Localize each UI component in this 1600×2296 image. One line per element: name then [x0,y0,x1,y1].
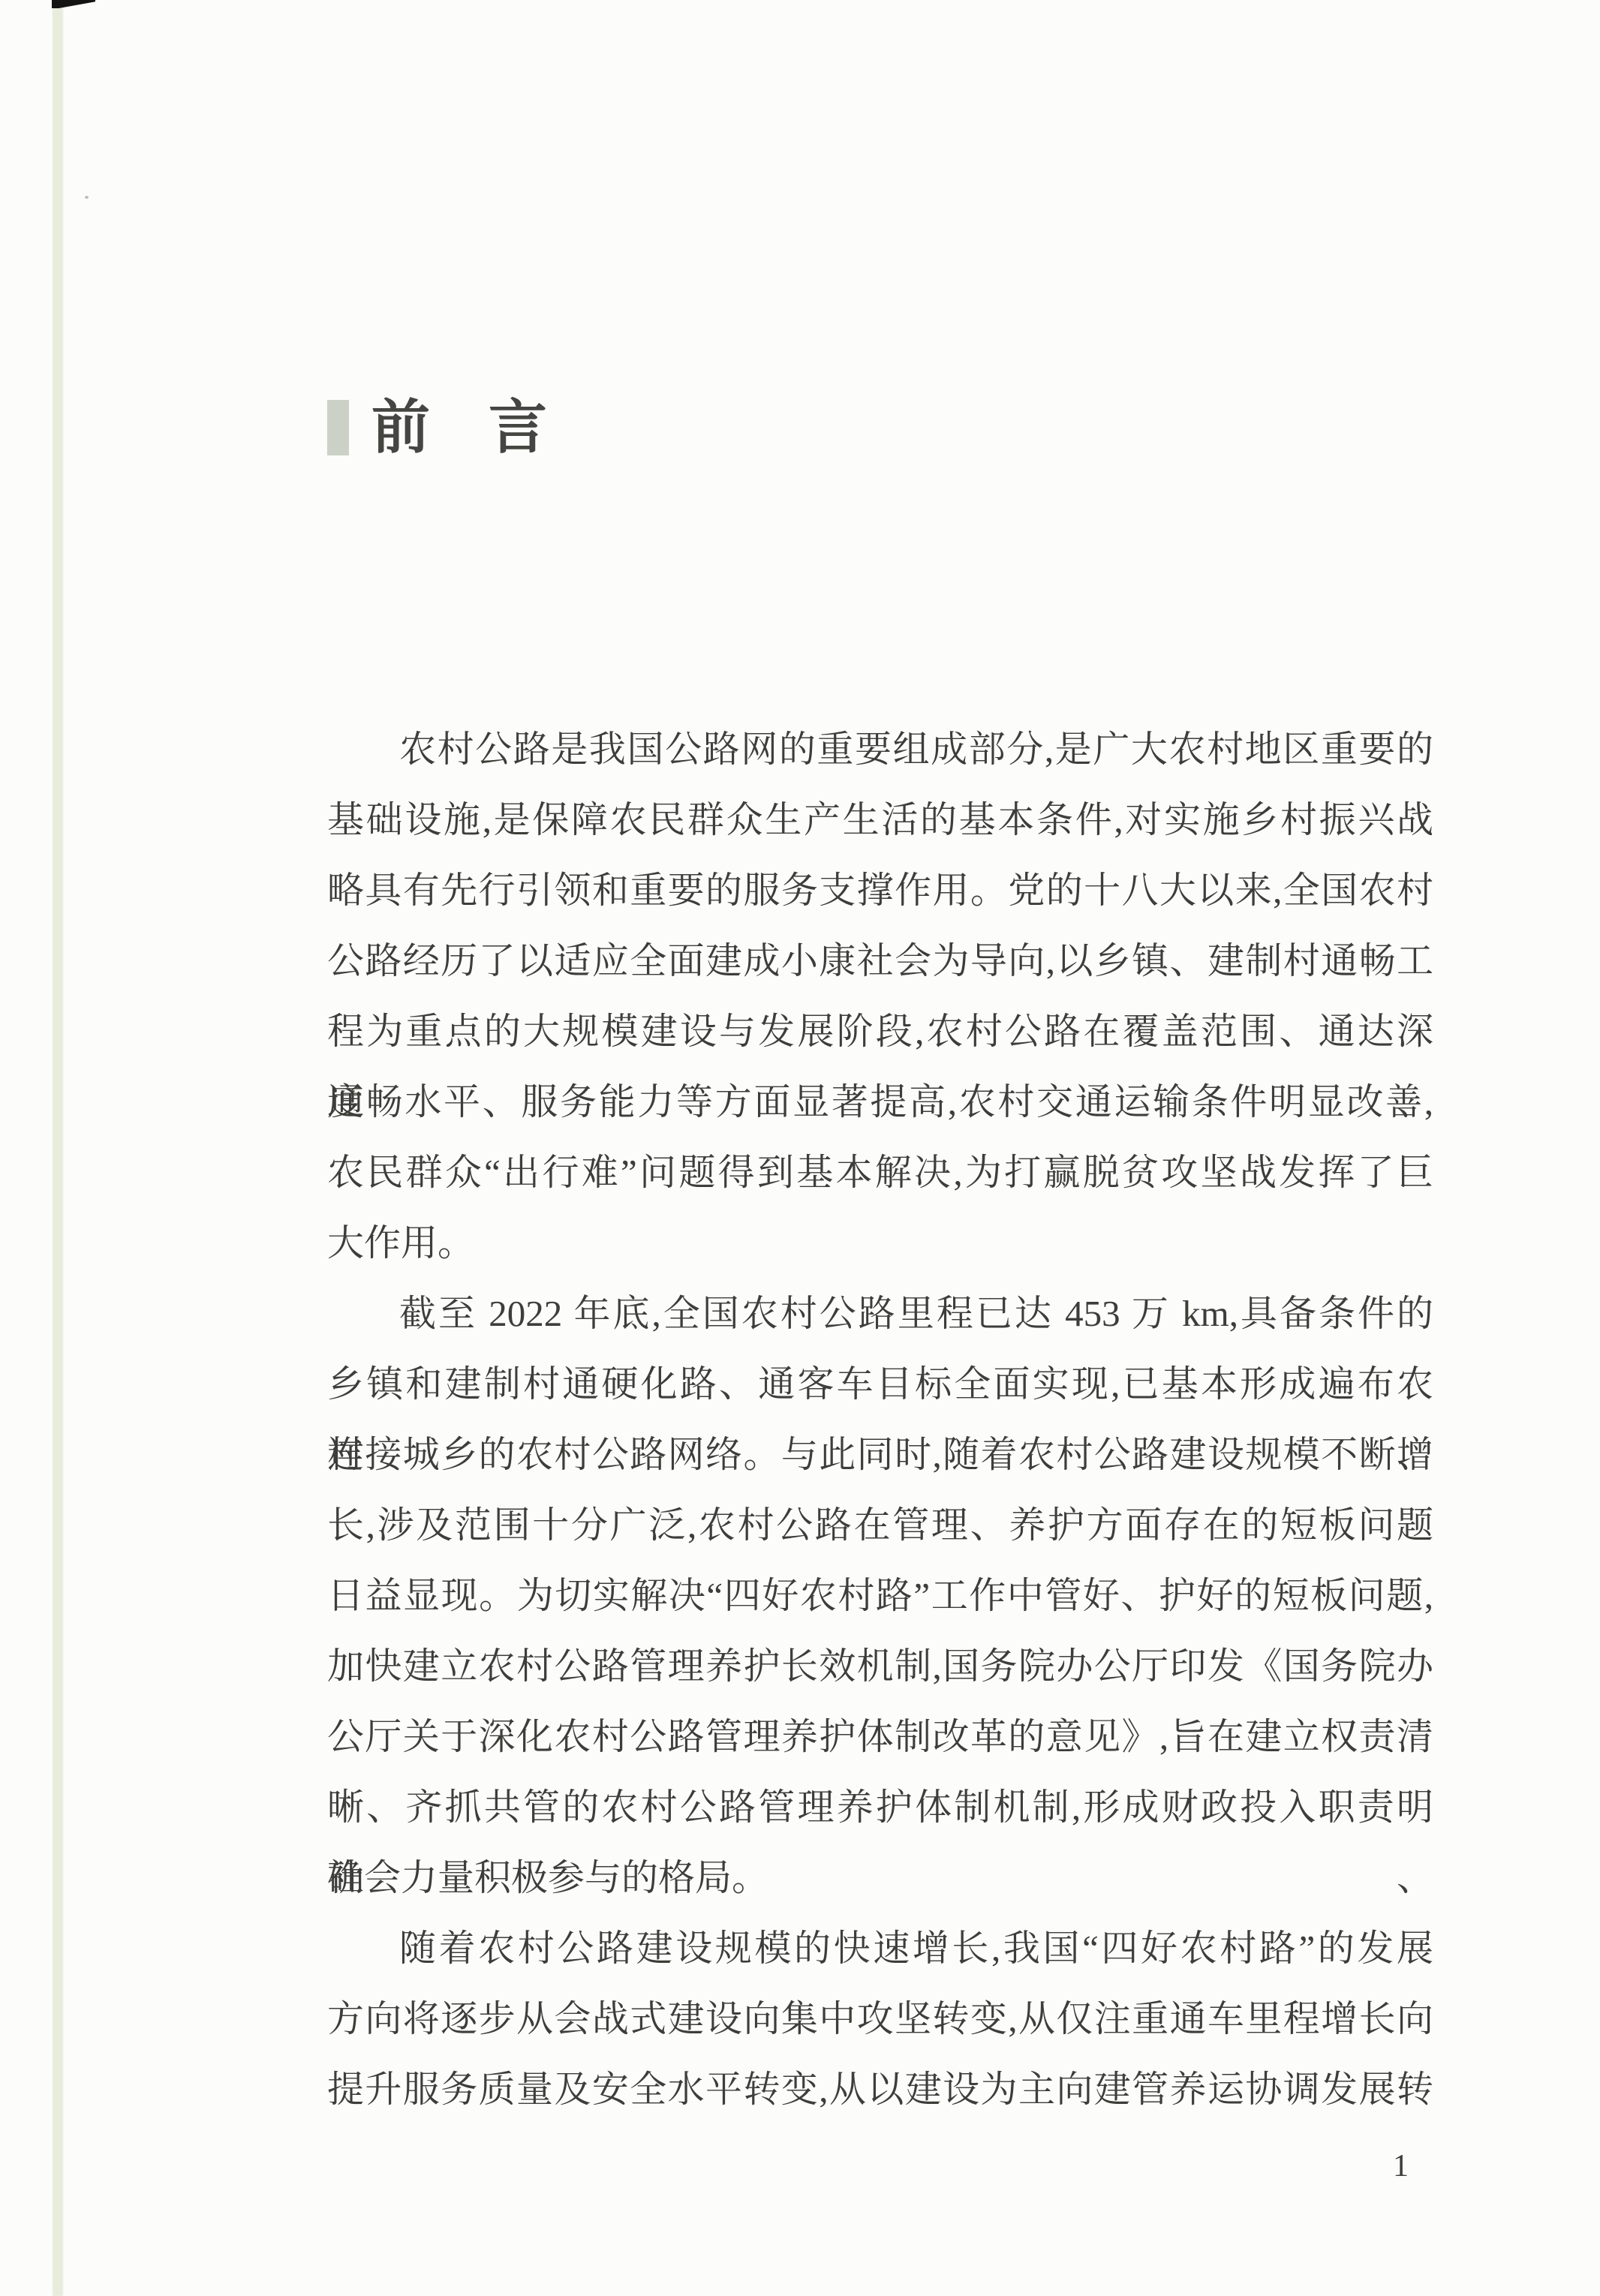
text-line: 通畅水平、服务能力等方面显著提高,农村交通运输条件明显改善, [327,1067,1433,1137]
text-line: 乡镇和建制村通硬化路、通客车目标全面实现,已基本形成遍布农村、 [327,1349,1433,1420]
scanned-page: 前 言 农村公路是我国公路网的重要组成部分,是广大农村地区重要的基础设施,是保障… [0,0,1600,2296]
title-accent-bar [327,400,349,455]
text-line: 农民群众“出行难”问题得到基本解决,为打赢脱贫攻坚战发挥了巨 [327,1137,1433,1208]
text-line: 程为重点的大规模建设与发展阶段,农村公路在覆盖范围、通达深度、 [327,996,1433,1067]
text-line: 基础设施,是保障农民群众生产生活的基本条件,对实施乡村振兴战 [327,785,1433,855]
text-line: 公厅关于深化农村公路管理养护体制改革的意见》,旨在建立权责清 [327,1702,1433,1772]
text-line: 随着农村公路建设规模的快速增长,我国“四好农村路”的发展 [327,1913,1433,1984]
text-line: 日益显现。为切实解决“四好农村路”工作中管好、护好的短板问题, [327,1561,1433,1631]
paragraph: 农村公路是我国公路网的重要组成部分,是广大农村地区重要的基础设施,是保障农民群众… [327,714,1433,1279]
book-binding-edge [53,5,63,2296]
scan-corner-artifact [52,0,95,8]
page-number: 1 [1393,2150,1409,2182]
text-line: 大作用。 [327,1208,1433,1279]
paragraph: 截至 2022 年底,全国农村公路里程已达 453 万 km,具备条件的乡镇和建… [327,1279,1433,1913]
text-line: 方向将逐步从会战式建设向集中攻坚转变,从仅注重通车里程增长向 [327,1984,1433,2054]
paragraph: 随着农村公路建设规模的快速增长,我国“四好农村路”的发展方向将逐步从会战式建设向… [327,1913,1433,2125]
page-title-text: 前 言 [371,400,547,455]
text-line: 提升服务质量及安全水平转变,从以建设为主向建管养运协调发展转 [327,2054,1433,2125]
text-line: 晰、齐抓共管的农村公路管理养护体制机制,形成财政投入职责明确、 [327,1772,1433,1843]
text-line: 截至 2022 年底,全国农村公路里程已达 453 万 km,具备条件的 [327,1279,1433,1349]
scan-speck [85,196,89,199]
text-line: 连接城乡的农村公路网络。与此同时,随着农村公路建设规模不断增 [327,1420,1433,1490]
text-line: 略具有先行引领和重要的服务支撑作用。党的十八大以来,全国农村 [327,855,1433,926]
text-line: 农村公路是我国公路网的重要组成部分,是广大农村地区重要的 [327,714,1433,785]
text-line: 长,涉及范围十分广泛,农村公路在管理、养护方面存在的短板问题 [327,1490,1433,1561]
preface-body: 农村公路是我国公路网的重要组成部分,是广大农村地区重要的基础设施,是保障农民群众… [327,714,1433,2125]
text-line: 公路经历了以适应全面建成小康社会为导向,以乡镇、建制村通畅工 [327,926,1433,996]
text-line: 加快建立农村公路管理养护长效机制,国务院办公厅印发《国务院办 [327,1631,1433,1702]
page-title: 前 言 [327,400,547,455]
